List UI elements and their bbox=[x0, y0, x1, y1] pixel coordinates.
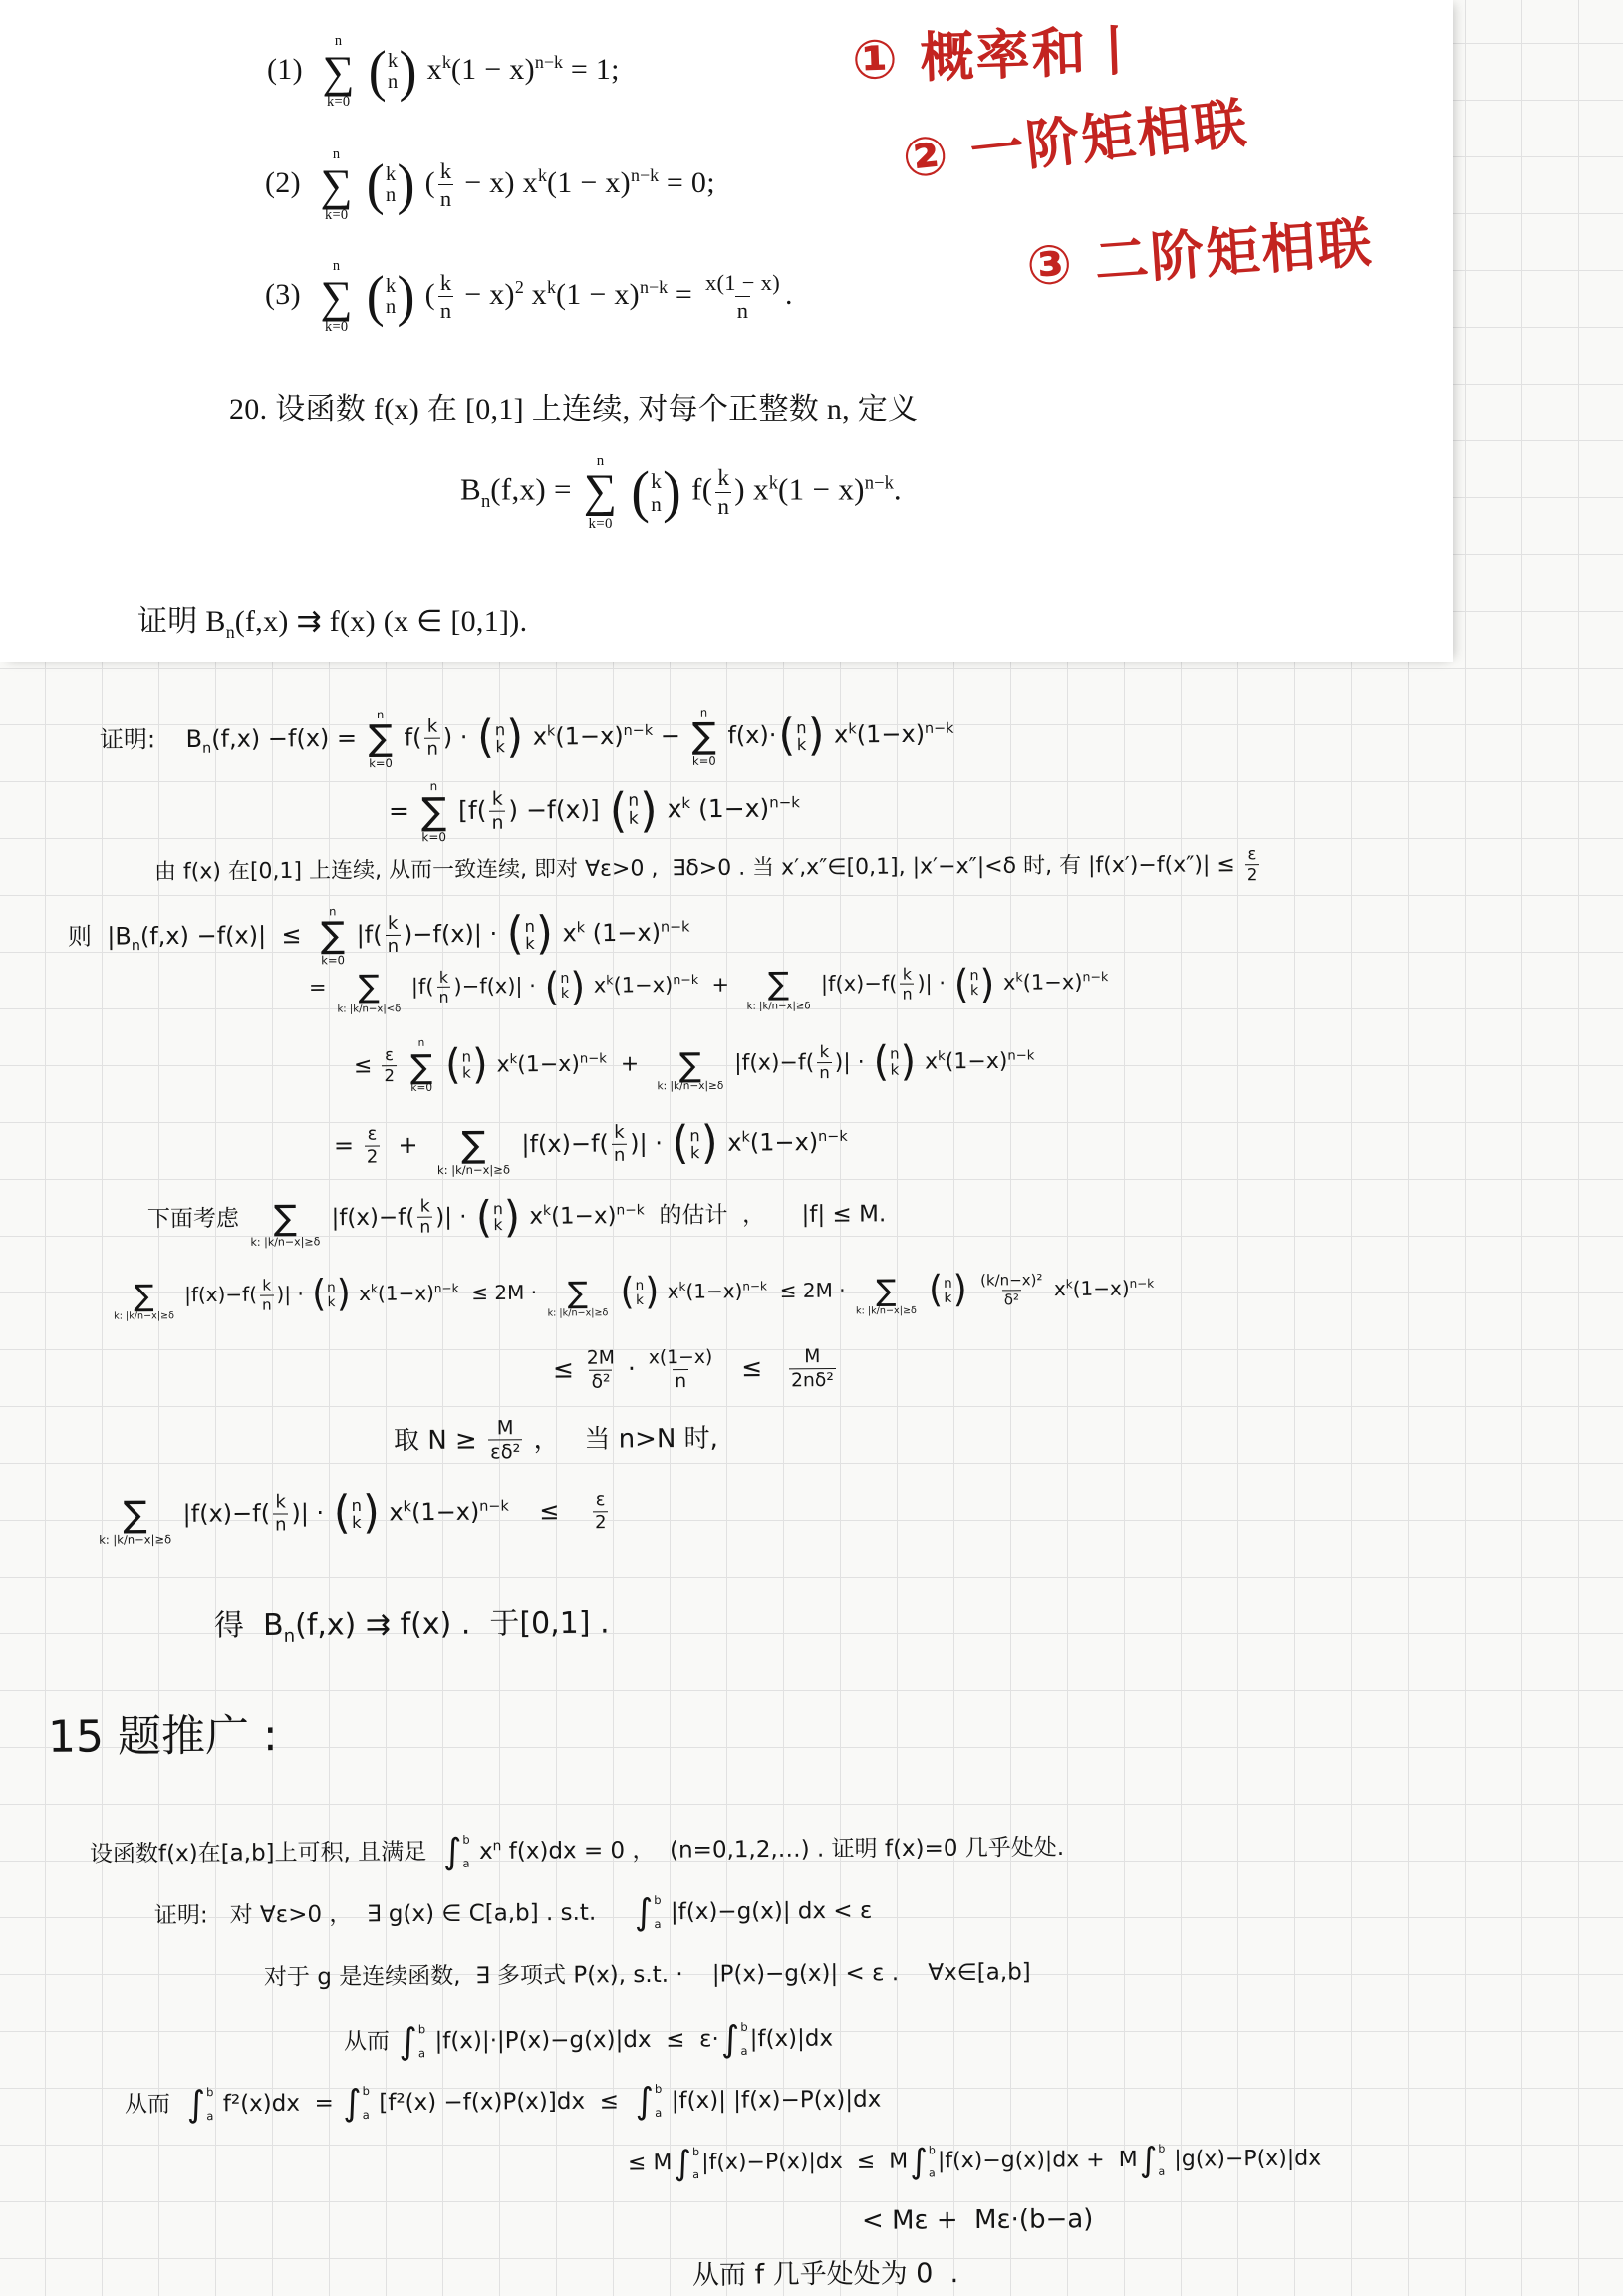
frac-symbol: kn bbox=[612, 1123, 628, 1166]
hw-line-5: = ∑k: |k/n−x|<δ |f(kn)−f(x)| · (nk) xk(1… bbox=[309, 956, 1109, 1014]
sum-symbol: ∑k: |k/n−x|≥δ bbox=[746, 958, 810, 1011]
hw-line-9: ∑k: |k/n−x|≥δ |f(x)−f(kn)| · (nk) xk(1−x… bbox=[110, 1264, 1155, 1321]
frac-symbol: ε2 bbox=[1245, 845, 1260, 885]
sum-symbol: ∑k: |k/n−x|≥δ bbox=[250, 1189, 320, 1248]
int-symbol: ∫ba bbox=[674, 2147, 699, 2180]
frac-symbol: (k/n−x)²δ² bbox=[978, 1272, 1045, 1308]
hw-proof-start: 证明: Bn(f,x) −f(x) = n∑k=0 f(kn) · (nk) x… bbox=[100, 705, 954, 771]
hw-line-3: 由 f(x) 在[0,1] 上连续, 从而一致连续, 即对 ∀ε>0 , ∃δ>… bbox=[154, 845, 1263, 893]
frac-symbol: kn bbox=[436, 969, 450, 1006]
frac-symbol: ε2 bbox=[382, 1046, 397, 1086]
hw-conclusion: 得 Bn(f,x) ⇉ f(x) . 于[0,1] . bbox=[214, 1605, 610, 1649]
binom-symbol: (nk) bbox=[334, 1495, 380, 1532]
binom-symbol: (kn) bbox=[367, 162, 415, 208]
binom-symbol: (nk) bbox=[874, 1046, 917, 1080]
frac-symbol: ε2 bbox=[593, 1490, 609, 1533]
binom-symbol: (nk) bbox=[620, 1278, 659, 1308]
binom-symbol: (nk) bbox=[929, 1276, 967, 1306]
frac-symbol: Mεδ² bbox=[488, 1417, 523, 1464]
frac-symbol: ε2 bbox=[365, 1124, 381, 1167]
int-symbol: ∫ba bbox=[443, 1835, 470, 1870]
hw-gen-proof-4: 从而 ∫ba f²(x)dx = ∫ba [f²(x) −f(x)P(x)]dx… bbox=[125, 2082, 882, 2123]
frac-symbol: kn bbox=[900, 965, 914, 1003]
sum-symbol: n∑k=0 bbox=[320, 259, 352, 336]
hw-line-8: 下面考虑 ∑k: |k/n−x|≥δ |f(x)−f(kn)| · (nk) x… bbox=[147, 1185, 887, 1249]
binom-symbol: (kn) bbox=[367, 274, 415, 320]
printed-formula-3: (3) n∑k=0 (kn) (kn − x)2 xk(1 − x)n−k = … bbox=[265, 259, 793, 336]
binom-symbol: (nk) bbox=[312, 1280, 351, 1310]
binom-symbol: (kn) bbox=[631, 469, 681, 516]
int-symbol: ∫ba bbox=[721, 2022, 748, 2058]
sum-symbol: n∑k=0 bbox=[368, 709, 393, 769]
int-symbol: ∫ba bbox=[635, 1895, 662, 1931]
sum-symbol: n∑k=0 bbox=[320, 147, 352, 224]
frac-symbol: M2nδ² bbox=[789, 1346, 836, 1391]
int-symbol: ∫ba bbox=[1140, 2144, 1166, 2177]
frac-symbol: kn bbox=[817, 1043, 832, 1083]
hw-line-12: ∑k: |k/n−x|≥δ |f(x)−f(kn)| · (nk) xk(1−x… bbox=[95, 1481, 612, 1546]
int-symbol: ∫ba bbox=[910, 2145, 936, 2178]
frac-symbol: x(1 − x)n bbox=[703, 270, 782, 324]
sum-symbol: ∑k: |k/n−x|≥δ bbox=[657, 1036, 723, 1093]
binom-symbol: (nk) bbox=[610, 791, 658, 830]
hw-line-11: 取 N ≥ Mεδ² ， 当 n>N 时, bbox=[394, 1416, 718, 1465]
frac-symbol: kn bbox=[385, 914, 401, 957]
int-symbol: ∫ba bbox=[635, 2084, 662, 2120]
binom-symbol: (nk) bbox=[954, 968, 995, 1000]
sum-symbol: ∑k: |k/n−x|≥δ bbox=[856, 1266, 917, 1317]
hw-gen-proof-2: 对于 g 是连续函数, ∃ 多项式 P(x), s.t. · |P(x)−g(x… bbox=[264, 1958, 1031, 1992]
binom-symbol: (nk) bbox=[544, 971, 585, 1003]
int-symbol: ∫ba bbox=[187, 2087, 214, 2123]
hw-gen-proof-3: 从而 ∫ba |f(x)|·|P(x)−g(x)|dx ≤ ε·∫ba|f(x)… bbox=[344, 2021, 833, 2060]
sum-symbol: n∑k=0 bbox=[584, 453, 617, 532]
printed-formula-1: (1) n∑k=0 (kn) xk(1 − x)n−k = 1; bbox=[267, 34, 620, 111]
hw-section-header: 15 题推广 : bbox=[48, 1708, 278, 1765]
sum-symbol: ∑k: |k/n−x|<δ bbox=[337, 961, 401, 1014]
sum-symbol: n∑k=0 bbox=[322, 34, 354, 111]
printed-problem-20: 20. 设函数 f(x) 在 [0,1] 上连续, 对每个正整数 n, 定义 bbox=[229, 391, 918, 429]
sum-symbol: ∑k: |k/n−x|≥δ bbox=[437, 1115, 510, 1177]
frac-symbol: 2Mδ² bbox=[585, 1348, 617, 1393]
frac-symbol: kn bbox=[260, 1278, 274, 1314]
frac-symbol: kn bbox=[438, 270, 454, 324]
frac-symbol: kn bbox=[424, 717, 440, 760]
sum-symbol: n∑k=0 bbox=[421, 780, 447, 844]
sum-symbol: n∑k=0 bbox=[410, 1038, 433, 1094]
sum-symbol: ∑k: |k/n−x|≥δ bbox=[99, 1484, 171, 1546]
hw-line-6: ≤ ε2 n∑k=0 (nk) xk(1−x)n−k + ∑k: |k/n−x|… bbox=[354, 1034, 1035, 1095]
frac-symbol: kn bbox=[273, 1492, 289, 1535]
binom-symbol: (nk) bbox=[477, 719, 523, 756]
hw-line-10: ≤ 2Mδ² · x(1−x)n ≤ M2nδ² bbox=[553, 1346, 839, 1393]
hw-gen-proof-1: 证明: 对 ∀ε>0 ， ∃ g(x) ∈ C[a,b] . s.t. ∫ba … bbox=[154, 1893, 873, 1934]
printed-formula-2: (2) n∑k=0 (kn) (kn − x) xk(1 − x)n−k = 0… bbox=[265, 147, 715, 224]
binom-symbol: (kn) bbox=[369, 49, 417, 95]
hw-gen-statement: 设函数f(x)在[a,b]上可积, 且满足 ∫ba xn f(x)dx = 0 … bbox=[90, 1831, 1064, 1872]
hw-line-2: = n∑k=0 [f(kn) −f(x)] (nk) xk (1−x)n−k bbox=[389, 778, 800, 845]
hw-line-4: 则 |Bn(f,x) −f(x)| ≤ n∑k=0 |f(kn)−f(x)| ·… bbox=[68, 903, 690, 969]
frac-symbol: kn bbox=[417, 1197, 432, 1239]
red-annotation-1: ① 概率和丨 bbox=[851, 17, 1145, 95]
sum-symbol: ∑k: |k/n−x|≥δ bbox=[547, 1268, 608, 1319]
hw-line-7: = ε2 + ∑k: |k/n−x|≥δ |f(x)−f(kn)| · (nk)… bbox=[334, 1112, 848, 1177]
binom-symbol: (nk) bbox=[507, 916, 553, 953]
frac-symbol: x(1−x)n bbox=[647, 1347, 715, 1393]
binom-symbol: (nk) bbox=[672, 1125, 717, 1162]
int-symbol: ∫ba bbox=[343, 2086, 370, 2122]
int-symbol: ∫ba bbox=[399, 2024, 425, 2060]
binom-symbol: (nk) bbox=[445, 1049, 488, 1083]
printed-bn-definition: Bn(f,x) = n∑k=0 (kn) f(kn) xk(1 − x)n−k. bbox=[460, 453, 902, 532]
sum-symbol: n∑k=0 bbox=[691, 707, 716, 767]
frac-symbol: kn bbox=[489, 789, 505, 834]
hw-gen-proof-5: ≤ M∫ba|f(x)−P(x)|dx ≤ M∫ba|f(x)−g(x)|dx … bbox=[628, 2143, 1321, 2181]
frac-symbol: kn bbox=[715, 465, 731, 520]
printed-prove-statement: 证明 Bn(f,x) ⇉ f(x) (x ∈ [0,1]). bbox=[137, 603, 527, 644]
sum-symbol: ∑k: |k/n−x|≥δ bbox=[114, 1271, 174, 1322]
binom-symbol: (nk) bbox=[476, 1200, 520, 1235]
binom-symbol: (nk) bbox=[778, 717, 824, 754]
frac-symbol: kn bbox=[438, 158, 454, 212]
hw-gen-proof-6: < Mε + Mε·(b−a) bbox=[862, 2203, 1094, 2237]
notes-page: (1) n∑k=0 (kn) xk(1 − x)n−k = 1;(2) n∑k=… bbox=[0, 0, 1623, 2296]
sum-symbol: n∑k=0 bbox=[321, 905, 346, 966]
hw-final-conclusion: 从而 f 几乎处处为 0 . bbox=[692, 2257, 958, 2293]
